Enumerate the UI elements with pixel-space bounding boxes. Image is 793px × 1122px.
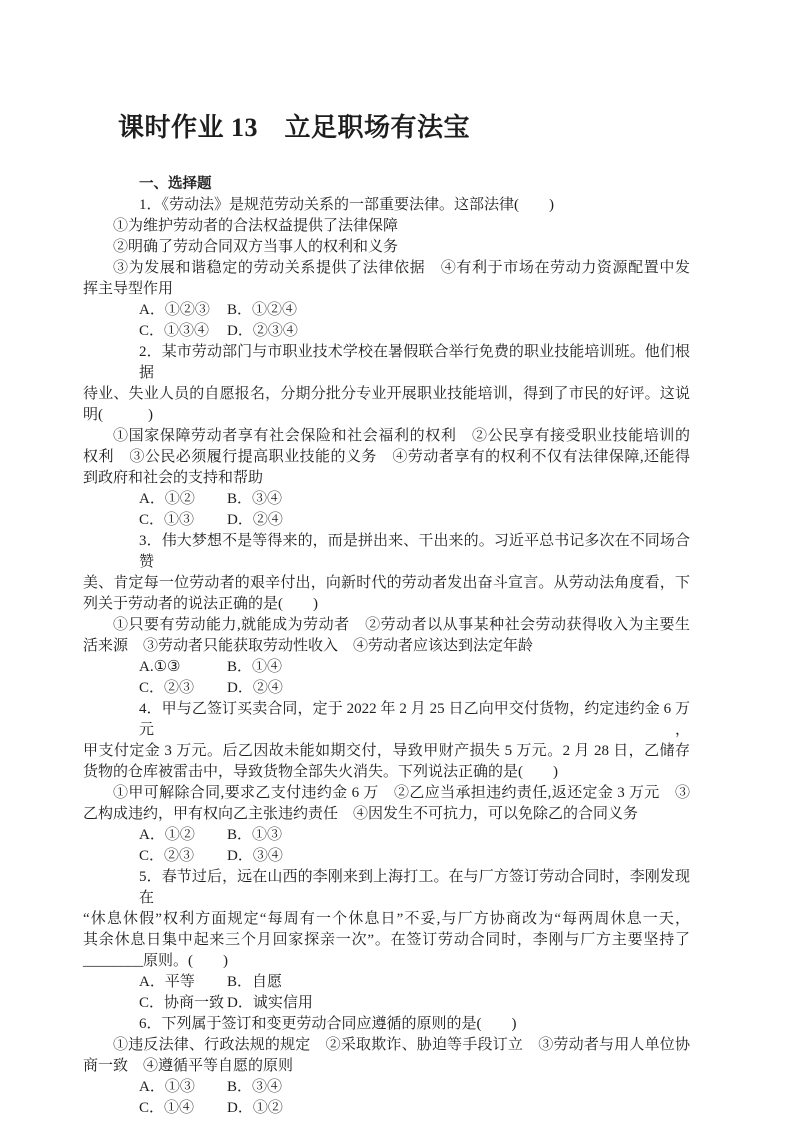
option-cell: A．①②③: [139, 300, 227, 321]
questions: 1．《劳动法》是规范劳动关系的一部重要法律。这部法律( )①为维护劳动者的合法权…: [83, 195, 690, 1119]
question-stem-line: 3．伟大梦想不是等得来的，而是拼出来、干出来的。习近平总书记多次在不同场合赞: [83, 531, 690, 573]
option-row: A．①②③B．①②④: [83, 300, 690, 321]
option-row: A．平等B．自愿: [83, 972, 690, 993]
statement-line: ①国家保障劳动者享有社会保险和社会福利的权利 ②公民享有接受职业技能培训的: [83, 426, 690, 447]
option-cell: B．①②④: [227, 302, 297, 318]
question-block: 1．《劳动法》是规范劳动关系的一部重要法律。这部法律( )①为维护劳动者的合法权…: [83, 195, 690, 342]
option-row: A．①②B．①③: [83, 825, 690, 846]
question-stem-line: 2．某市劳动部门与市职业技术学校在暑假联合举行免费的职业技能培训班。他们根据: [83, 342, 690, 384]
option-cell: C．协商一致: [139, 993, 227, 1014]
statement-line: 到政府和社会的支持和帮助: [83, 468, 690, 489]
question-stem-line: 其余休息日集中起来三个月回家探亲一次”。在签订劳动合同时，李刚与厂方主要坚持了: [83, 930, 690, 951]
option-cell: A．平等: [139, 972, 227, 993]
option-cell: A．①③: [139, 1077, 227, 1098]
page-title: 课时作业 13 立足职场有法宝: [118, 112, 470, 144]
question-stem-line: 列关于劳动者的说法正确的是( ): [83, 594, 690, 615]
statement-line: 商一致 ④遵循平等自愿的原则: [83, 1056, 690, 1077]
question-stem-line: ________原则。( ): [83, 951, 690, 972]
statement-line: 权利 ③公民必须履行提高职业技能的义务 ④劳动者享有的权利不仅有法律保障,还能得: [83, 447, 690, 468]
option-row: A.①③B．①④: [83, 657, 690, 678]
question-stem-line: 明( ): [83, 405, 690, 426]
option-row: C．①③④D．②③④: [83, 321, 690, 342]
option-cell: D．①②: [227, 1100, 283, 1116]
statement-line: 活来源 ③劳动者只能获取劳动性收入 ④劳动者应该达到法定年龄: [83, 636, 690, 657]
option-cell: A．①②: [139, 489, 227, 510]
option-cell: B．①④: [227, 659, 282, 675]
option-cell: B．③④: [227, 1079, 282, 1095]
statement-line: ③为发展和谐稳定的劳动关系提供了法律依据 ④有利于市场在劳动力资源配置中发: [83, 258, 690, 279]
option-cell: B．③④: [227, 491, 282, 507]
option-row: C．①③D．②④: [83, 510, 690, 531]
option-row: C．①④D．①②: [83, 1098, 690, 1119]
option-row: A．①③B．③④: [83, 1077, 690, 1098]
question-block: 3．伟大梦想不是等得来的，而是拼出来、干出来的。习近平总书记多次在不同场合赞美、…: [83, 531, 690, 699]
statement-line: ①甲可解除合同,要求乙支付违约金 6 万 ②乙应当承担违约责任,返还定金 3 万…: [83, 783, 690, 804]
statement-line: ②明确了劳动合同双方当事人的权利和义务: [83, 237, 690, 258]
question-stem-line: 6．下列属于签订和变更劳动合同应遵循的原则的是( ): [83, 1014, 690, 1035]
option-cell: C．①③: [139, 510, 227, 531]
option-cell: A．①②: [139, 825, 227, 846]
question-stem-line: 待业、失业人员的自愿报名，分期分批分专业开展职业技能培训，得到了市民的好评。这说: [83, 384, 690, 405]
statement-line: ①为维护劳动者的合法权益提供了法律保障: [83, 216, 690, 237]
statement-line: ①违反法律、行政法规的规定 ②采取欺诈、胁迫等手段订立 ③劳动者与用人单位协: [83, 1035, 690, 1056]
question-stem-line: 4．甲与乙签订买卖合同，定于 2022 年 2 月 25 日乙向甲交付货物，约定…: [83, 699, 690, 741]
document-page: 课时作业 13 立足职场有法宝 一、选择题 1．《劳动法》是规范劳动关系的一部重…: [0, 0, 793, 1122]
option-cell: D．③④: [227, 848, 283, 864]
option-cell: C．②③: [139, 678, 227, 699]
option-row: C．②③D．②④: [83, 678, 690, 699]
question-block: 5．春节过后，远在山西的李刚来到上海打工。在与厂方签订劳动合同时，李刚发现在“休…: [83, 867, 690, 1014]
statement-line: 挥主导型作用: [83, 279, 690, 300]
statement-line: 乙构成违约，甲有权向乙主张违约责任 ④因发生不可抗力，可以免除乙的合同义务: [83, 804, 690, 825]
option-cell: A.①③: [139, 657, 227, 678]
question-block: 4．甲与乙签订买卖合同，定于 2022 年 2 月 25 日乙向甲交付货物，约定…: [83, 699, 690, 867]
option-cell: D．②④: [227, 512, 283, 528]
question-block: 2．某市劳动部门与市职业技术学校在暑假联合举行免费的职业技能培训班。他们根据待业…: [83, 342, 690, 531]
option-row: A．①②B．③④: [83, 489, 690, 510]
question-stem-line: 美、肯定每一位劳动者的艰辛付出，向新时代的劳动者发出奋斗宣言。从劳动法角度看，下: [83, 573, 690, 594]
section-heading: 一、选择题: [83, 174, 690, 195]
question-block: 6．下列属于签订和变更劳动合同应遵循的原则的是( )①违反法律、行政法规的规定 …: [83, 1014, 690, 1119]
option-cell: C．①④: [139, 1098, 227, 1119]
question-stem-line: “休息休假”权利方面规定“每周有一个休息日”不妥,与厂方协商改为“每两周休息一天…: [83, 909, 690, 930]
option-cell: D．诚实信用: [227, 995, 313, 1011]
question-stem-line: 5．春节过后，远在山西的李刚来到上海打工。在与厂方签订劳动合同时，李刚发现在: [83, 867, 690, 909]
option-cell: C．②③: [139, 846, 227, 867]
question-stem-line: 货物的仓库被雷击中，导致货物全部失火消失。下列说法正确的是( ): [83, 762, 690, 783]
option-cell: B．自愿: [227, 974, 282, 990]
option-row: C．协商一致D．诚实信用: [83, 993, 690, 1014]
option-cell: B．①③: [227, 827, 282, 843]
option-cell: C．①③④: [139, 321, 227, 342]
question-stem-line: 1．《劳动法》是规范劳动关系的一部重要法律。这部法律( ): [83, 195, 690, 216]
option-cell: D．②③④: [227, 323, 298, 339]
option-row: C．②③D．③④: [83, 846, 690, 867]
document-body: 一、选择题 1．《劳动法》是规范劳动关系的一部重要法律。这部法律( )①为维护劳…: [83, 174, 690, 1119]
statement-line: ①只要有劳动能力,就能成为劳动者 ②劳动者以从事某种社会劳动获得收入为主要生: [83, 615, 690, 636]
option-cell: D．②④: [227, 680, 283, 696]
question-stem-line: 甲支付定金 3 万元。后乙因故未能如期交付，导致甲财产损失 5 万元。2 月 2…: [83, 741, 690, 762]
